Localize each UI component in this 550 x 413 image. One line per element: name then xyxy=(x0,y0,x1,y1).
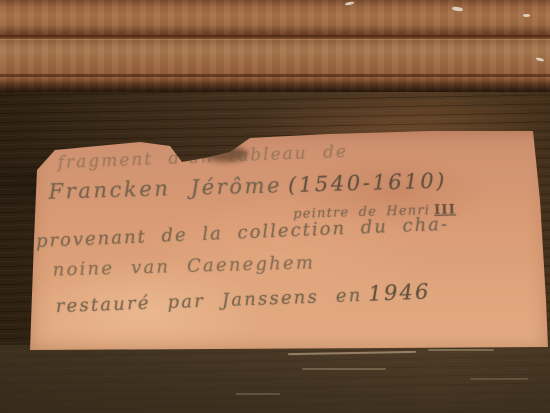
handwriting-line-provenance: provenant de la collection du cha- xyxy=(36,214,450,252)
handwriting: fragment d'un tableau de Francken Jérôme… xyxy=(25,121,550,359)
frame-top-rail xyxy=(0,0,550,92)
restoration-text: restauré par Janssens en xyxy=(55,285,362,317)
wood-scratch xyxy=(428,349,494,351)
handwriting-line-restoration: restauré par Janssens en1946 xyxy=(55,279,431,317)
wood-scratch xyxy=(470,378,528,380)
wood-speck xyxy=(536,57,545,62)
photo-scene: fragment d'un tableau de Francken Jérôme… xyxy=(0,0,550,413)
wood-scratch xyxy=(236,393,280,395)
artist-dates: (1540-1610) xyxy=(288,169,448,197)
wood-speck xyxy=(523,14,530,17)
restoration-year: 1946 xyxy=(368,279,431,305)
handwriting-line-canon-name: noine van Caeneghem xyxy=(52,252,315,280)
handwriting-line-artist: Francken Jérôme(1540-1610) xyxy=(48,169,447,204)
artist-name: Francken Jérôme xyxy=(48,173,282,204)
rail-bottom-shadow xyxy=(0,78,550,92)
rail-groove xyxy=(0,74,550,77)
wood-speck xyxy=(345,1,354,6)
rail-groove xyxy=(0,35,550,39)
wood-scratch xyxy=(302,368,386,370)
wood-speck xyxy=(452,6,463,11)
back-panel-bottom-wood xyxy=(0,345,550,413)
paper-label: fragment d'un tableau de Francken Jérôme… xyxy=(28,128,550,352)
